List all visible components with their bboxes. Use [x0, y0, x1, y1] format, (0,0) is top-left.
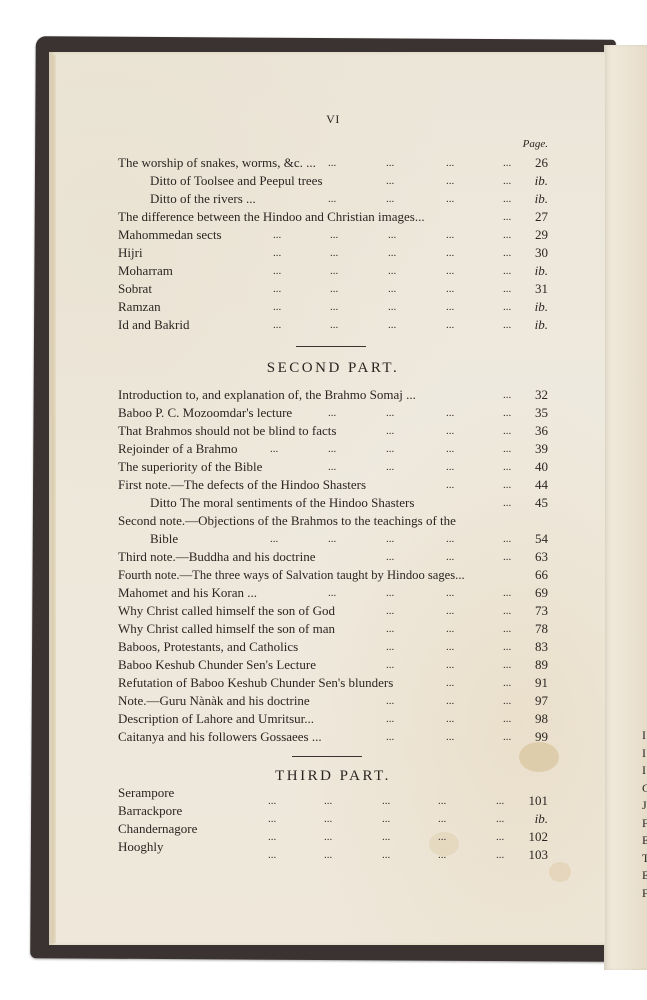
toc-entry: The difference between the Hindoo and Ch… [118, 208, 548, 226]
section-heading-second-part: SECOND PART. [118, 360, 548, 377]
toc-entry: Baboos, Protestants, and Catholics ... .… [118, 638, 548, 656]
toc-entry: Caitanya and his followers Gossaees ... … [118, 728, 548, 746]
toc-entry: Hijri ... ... ... ... ... 30 [118, 244, 548, 262]
toc-entry-continuation: Bible ... ... ... ... ... 54 [118, 530, 548, 548]
toc-entry: Ramzan ... ... ... ... ... ib. [118, 298, 548, 316]
toc-entry: Refutation of Baboo Keshub Chunder Sen's… [118, 674, 548, 692]
toc-entry: Fourth note.—The three ways of Salvation… [118, 566, 548, 584]
section-divider [292, 756, 362, 757]
toc-entry: Id and Bakrid ... ... ... ... ... ib. [118, 316, 548, 334]
toc-entry: That Brahmos should not be blind to fact… [118, 422, 548, 440]
toc-entry: Introduction to, and explanation of, the… [118, 386, 548, 404]
toc-entry: Moharram ... ... ... ... ... ib. [118, 262, 548, 280]
page-gutter [52, 55, 56, 943]
toc-leader-row: ... ... ... ... ... ib. [118, 810, 548, 828]
toc-leader-row: ... ... ... ... ... 101 [118, 792, 548, 810]
toc-entry: Why Christ called himself the son of God… [118, 602, 548, 620]
toc-entry: Ditto The moral sentiments of the Hindoo… [118, 494, 548, 512]
page-number: VI [118, 112, 548, 127]
page-column-label: Page. [523, 138, 548, 150]
toc-entry: First note.—The defects of the Hindoo Sh… [118, 476, 548, 494]
toc-entry: The superiority of the Bible ... ... ...… [118, 458, 548, 476]
toc-entry: Ditto of the rivers ... ... ... ... ... … [118, 190, 548, 208]
toc-entry: Rejoinder of a Brahmo ... ... ... ... ..… [118, 440, 548, 458]
toc-entry: Ditto of Toolsee and Peepul trees ... ..… [118, 172, 548, 190]
toc-entry: Third note.—Buddha and his doctrine ... … [118, 548, 548, 566]
toc-leader-row: ... ... ... ... ... 103 [118, 846, 548, 864]
toc-entry: Sobrat ... ... ... ... ... 31 [118, 280, 548, 298]
section-divider [296, 346, 366, 347]
toc-entry: Second note.—Objections of the Brahmos t… [118, 512, 548, 530]
toc-entry: Description of Lahore and Umritsur... ..… [118, 710, 548, 728]
book-photo: I I I C J F E T E F VI Page. The worship… [0, 0, 647, 1000]
toc-entry: Mahomet and his Koran ... ... ... ... ..… [118, 584, 548, 602]
section-heading-third-part: THIRD PART. [118, 768, 548, 785]
facing-page-edge: I I I C J F E T E F [604, 45, 647, 970]
facing-page-letters: I I I C J F E T E F [642, 727, 647, 902]
toc-entry: Mahommedan sects ... ... ... ... ... 29 [118, 226, 548, 244]
toc-entry: Baboo Keshub Chunder Sen's Lecture ... .… [118, 656, 548, 674]
toc-leader-row: ... ... ... ... ... 102 [118, 828, 548, 846]
toc-entry: Note.—Guru Nànàk and his doctrine ... ..… [118, 692, 548, 710]
toc-entry: Baboo P. C. Mozoomdar's lecture ... ... … [118, 404, 548, 422]
toc-entry: The worship of snakes, worms, &c. ... ..… [118, 154, 548, 172]
toc-entry: Why Christ called himself the son of man… [118, 620, 548, 638]
foxing-stain [549, 862, 571, 882]
